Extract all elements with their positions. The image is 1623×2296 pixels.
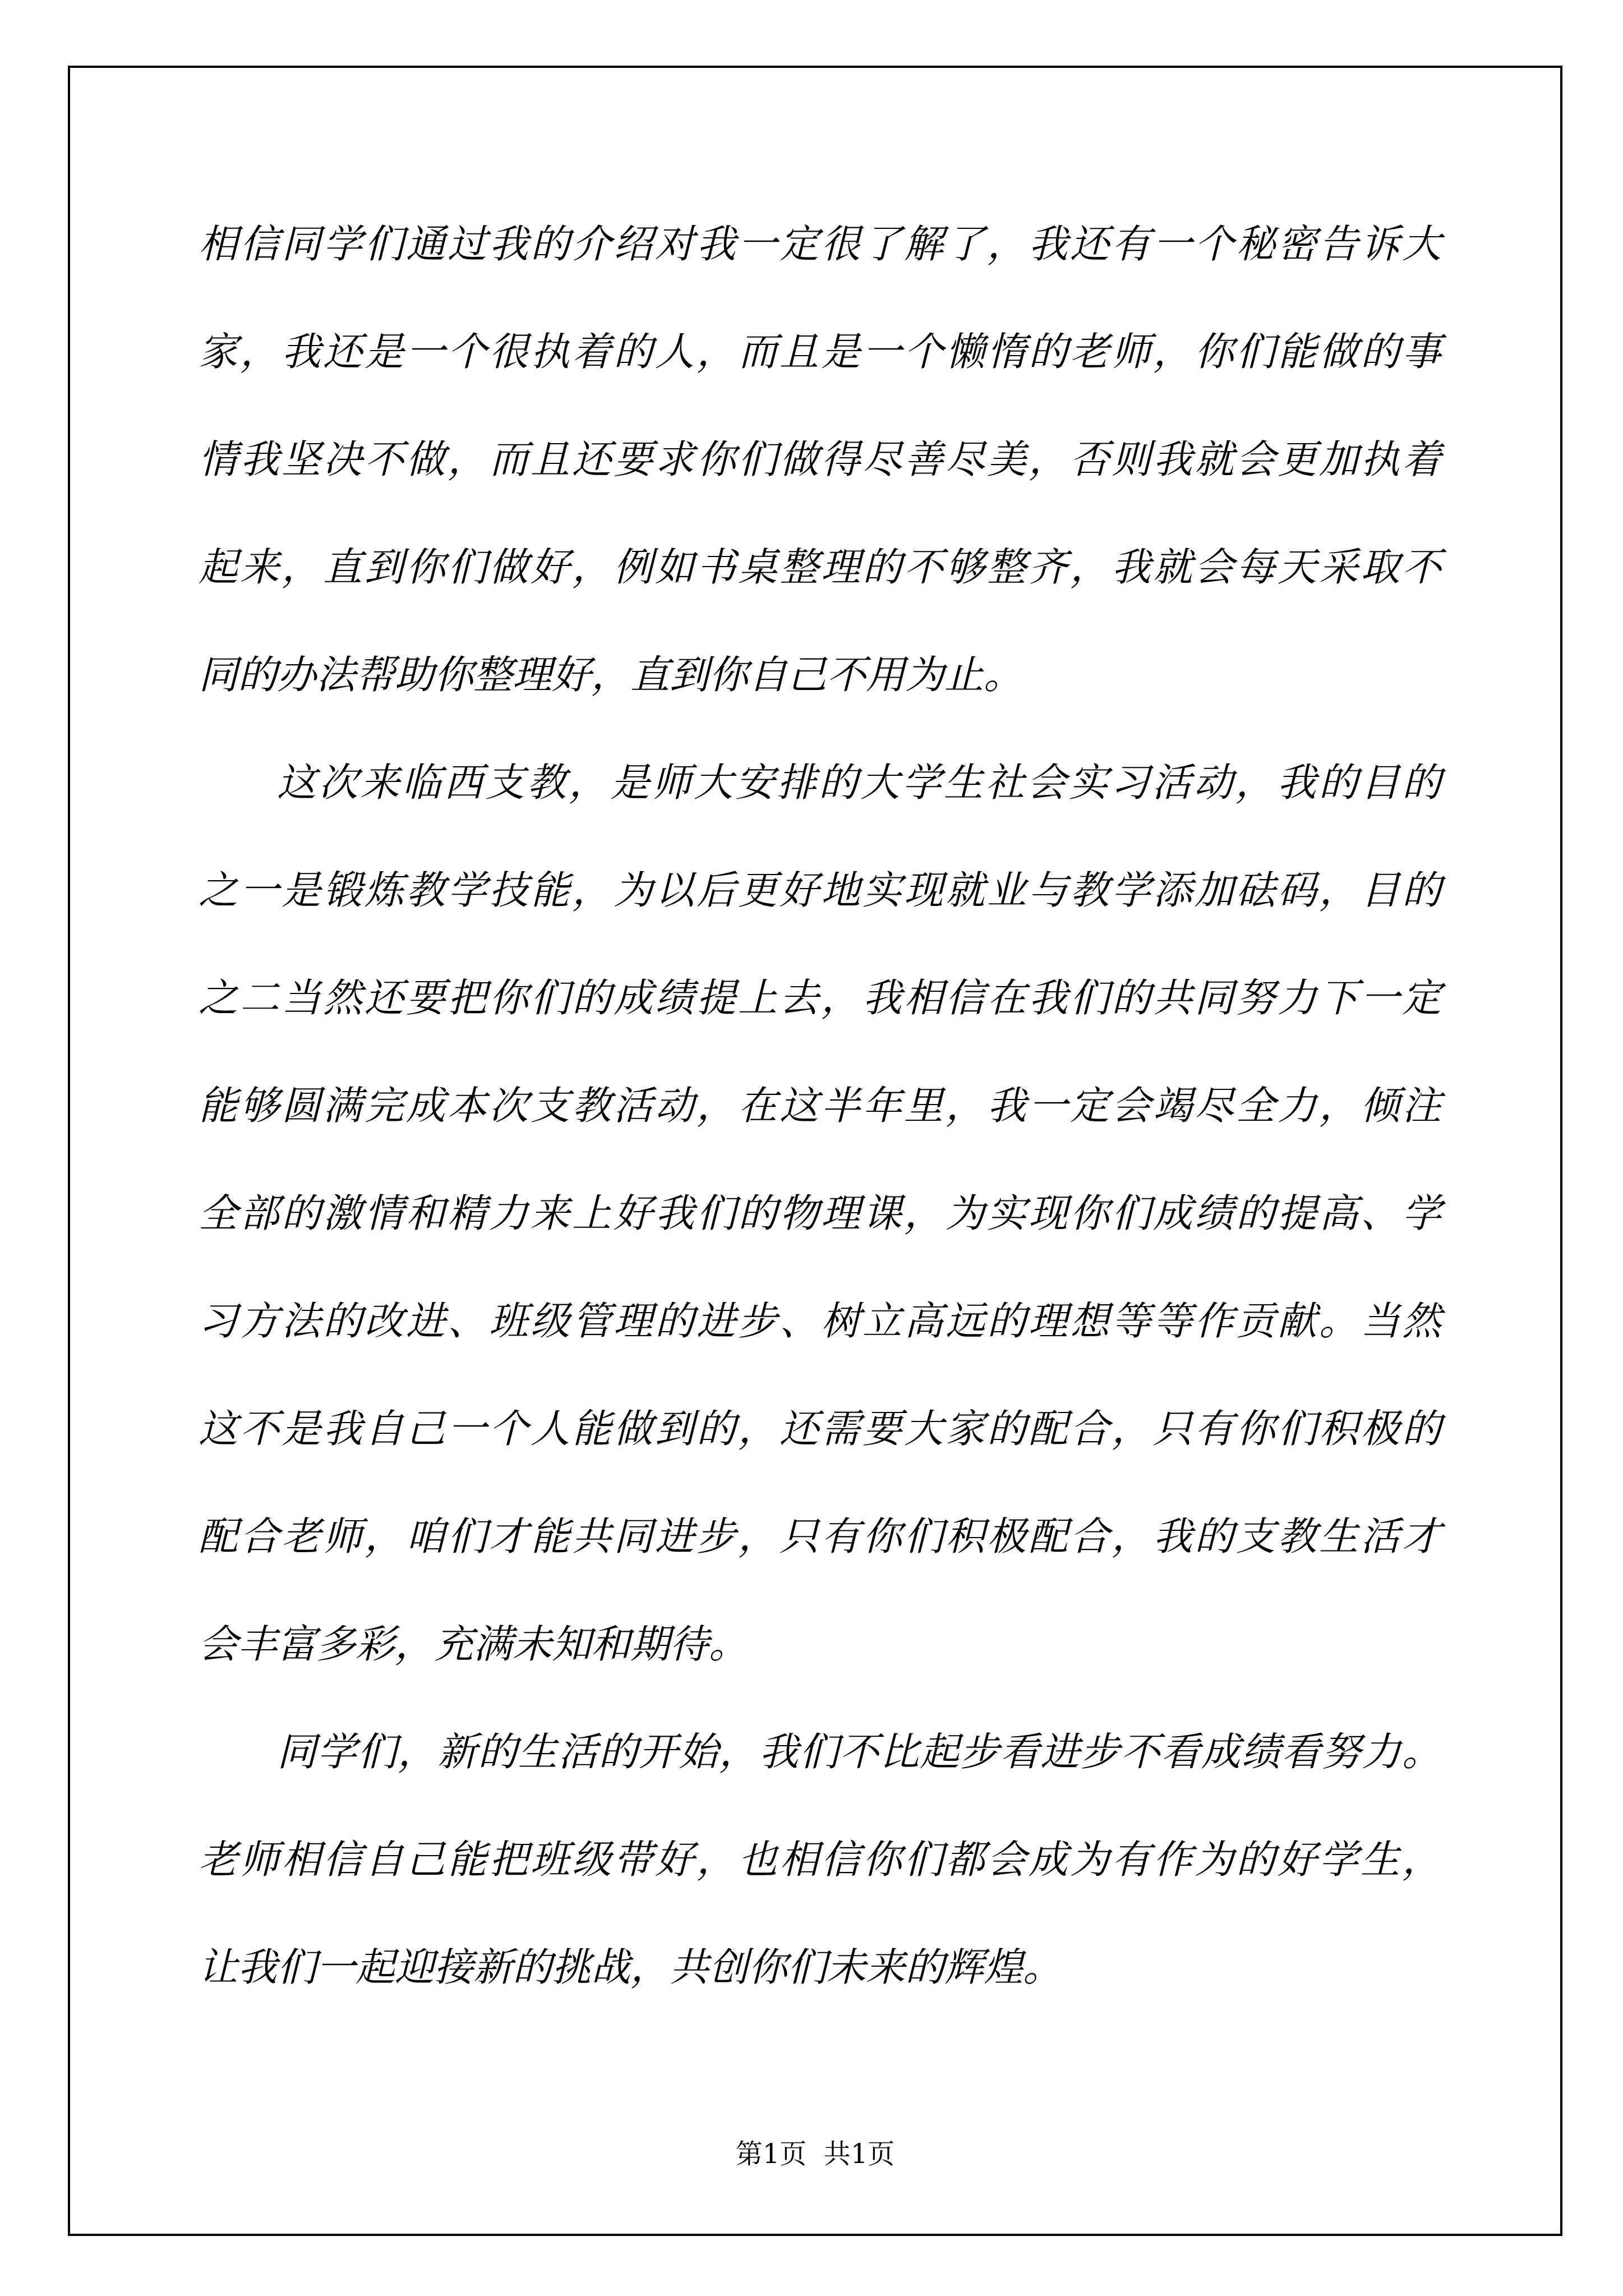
text-line: 老师相信自己能把班级带好，也相信你们都会成为有作为的好学生，: [199, 1806, 1441, 1913]
text-line: 配合老师，咱们才能共同进步，只有你们积极配合，我的支教生活才: [199, 1483, 1441, 1590]
text-line: 这次来临西支教，是师大安排的大学生社会实习活动，我的目的: [199, 729, 1441, 836]
text-line: 起来，直到你们做好，例如书桌整理的不够整齐，我就会每天采取不: [199, 513, 1441, 621]
text-line: 同的办法帮助你整理好，直到你自己不用为止。: [199, 621, 1441, 729]
text-line: 让我们一起迎接新的挑战，共创你们未来的辉煌。: [199, 1913, 1441, 2021]
text-line: 相信同学们通过我的介绍对我一定很了解了，我还有一个秘密告诉大: [199, 190, 1441, 298]
text-line: 之二当然还要把你们的成绩提上去，我相信在我们的共同努力下一定: [199, 944, 1441, 1052]
text-line: 会丰富多彩，充满未知和期待。: [199, 1590, 1441, 1698]
text-line: 这不是我自己一个人能做到的，还需要大家的配合，只有你们积极的: [199, 1375, 1441, 1483]
text-line: 同学们，新的生活的开始，我们不比起步看进步不看成绩看努力。: [199, 1698, 1441, 1806]
page-number-footer: 第1页 共1页: [70, 2137, 1560, 2171]
text-line: 全部的激情和精力来上好我们的物理课，为实现你们成绩的提高、学: [199, 1159, 1441, 1267]
text-line: 情我坚决不做，而且还要求你们做得尽善尽美，否则我就会更加执着: [199, 406, 1441, 513]
text-line: 能够圆满完成本次支教活动，在这半年里，我一定会竭尽全力，倾注: [199, 1052, 1441, 1159]
text-line: 家，我还是一个很执着的人，而且是一个懒惰的老师，你们能做的事: [199, 298, 1441, 406]
text-line: 习方法的改进、班级管理的进步、树立高远的理想等等作贡献。当然: [199, 1267, 1441, 1375]
text-line: 之一是锻炼教学技能，为以后更好地实现就业与教学添加砝码，目的: [199, 836, 1441, 944]
page-border: 相信同学们通过我的介绍对我一定很了解了，我还有一个秘密告诉大 家，我还是一个很执…: [68, 66, 1562, 2236]
document-body: 相信同学们通过我的介绍对我一定很了解了，我还有一个秘密告诉大 家，我还是一个很执…: [199, 190, 1441, 2021]
